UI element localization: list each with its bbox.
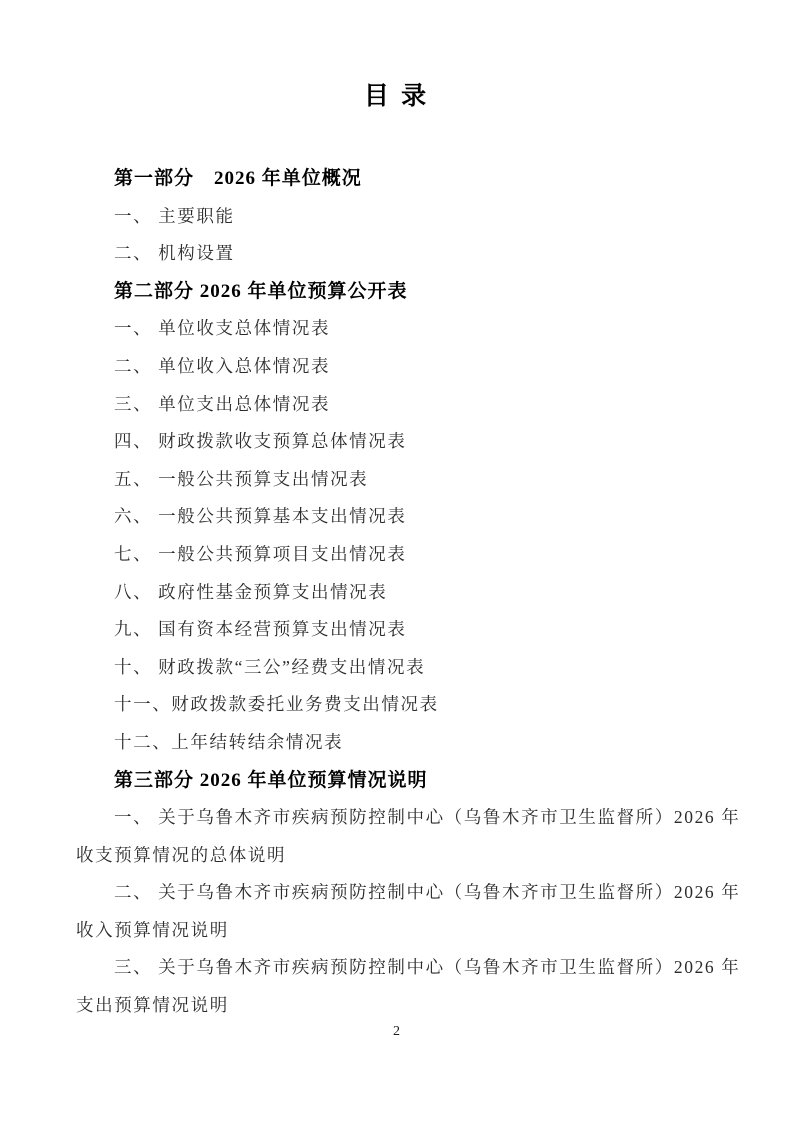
toc-entry: 三、 单位支出总体情况表 [76,386,717,424]
toc-section-heading: 第二部分 2026 年单位预算公开表 [76,273,717,311]
toc-entry: 二、 关于乌鲁木齐市疾病预防控制中心（乌鲁木齐市卫生监督所）2026 年 [76,874,717,912]
toc-entry: 三、 关于乌鲁木齐市疾病预防控制中心（乌鲁木齐市卫生监督所）2026 年 [76,949,717,987]
page-number: 2 [0,1022,793,1042]
toc-entry: 十一、财政拨款委托业务费支出情况表 [76,686,717,724]
toc-entry: 六、 一般公共预算基本支出情况表 [76,498,717,536]
toc-entry-continuation: 支出预算情况说明 [76,987,717,1025]
toc-section-heading: 第三部分 2026 年单位预算情况说明 [76,762,717,800]
toc-entry: 四、 财政拨款收支预算总体情况表 [76,423,717,461]
toc-entry: 十二、上年结转结余情况表 [76,724,717,762]
toc-entry: 一、 主要职能 [76,198,717,236]
toc-entry: 八、 政府性基金预算支出情况表 [76,574,717,612]
toc-entry: 七、 一般公共预算项目支出情况表 [76,536,717,574]
toc-entry: 五、 一般公共预算支出情况表 [76,461,717,499]
toc-entry: 一、 关于乌鲁木齐市疾病预防控制中心（乌鲁木齐市卫生监督所）2026 年 [76,799,717,837]
table-of-contents: 第一部分 2026 年单位概况一、 主要职能二、 机构设置第二部分 2026 年… [76,160,717,1025]
document-page: 目 录 第一部分 2026 年单位概况一、 主要职能二、 机构设置第二部分 20… [0,0,793,1122]
toc-entry: 十、 财政拨款“三公”经费支出情况表 [76,649,717,687]
toc-entry: 二、 机构设置 [76,235,717,273]
toc-entry-continuation: 收支预算情况的总体说明 [76,837,717,875]
toc-entry: 二、 单位收入总体情况表 [76,348,717,386]
toc-entry: 九、 国有资本经营预算支出情况表 [76,611,717,649]
toc-entry-continuation: 收入预算情况说明 [76,912,717,950]
page-title: 目 录 [76,76,717,112]
toc-section-heading: 第一部分 2026 年单位概况 [76,160,717,198]
toc-entry: 一、 单位收支总体情况表 [76,310,717,348]
